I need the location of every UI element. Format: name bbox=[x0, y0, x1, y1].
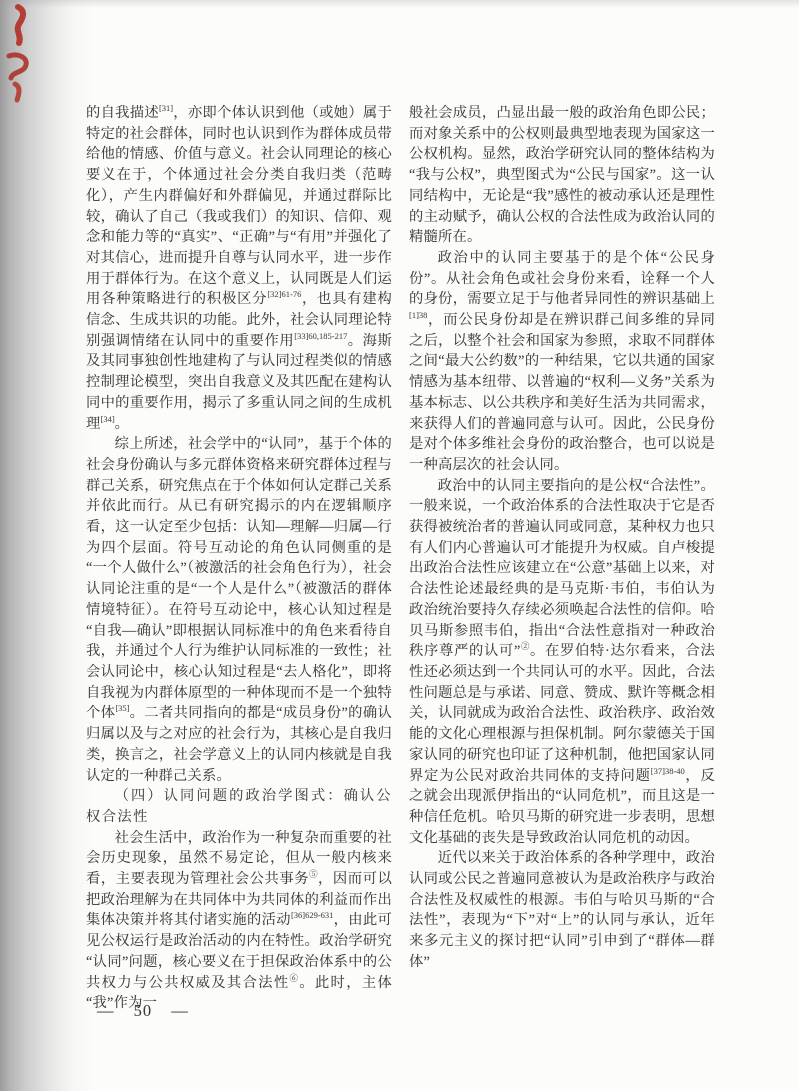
citation-superscript: [33]60,185-217 bbox=[294, 331, 347, 341]
paragraph: 的自我描述[31]，亦即个体认识到他（或她）属于特定的社会群体，同时也认识到作为… bbox=[86, 103, 392, 434]
paragraph: 般社会成员，凸显出最一般的政治角色即公民；而对象关系中的公权则最典型地表现为国家… bbox=[409, 103, 715, 248]
citation-superscript: [36]629-631 bbox=[291, 911, 334, 921]
page-number: — 50 — bbox=[97, 1001, 189, 1021]
scan-top-shadow bbox=[0, 0, 799, 8]
paragraph: 近代以来关于政治体系的各种学理中，政治认同或公民之普遍同意被认为是政治秩序与政治… bbox=[409, 848, 715, 972]
citation-superscript: [35] bbox=[115, 704, 129, 714]
citation-superscript: [1]38 bbox=[409, 310, 427, 320]
citation-superscript: [31] bbox=[159, 103, 173, 113]
scanned-page: 的自我描述[31]，亦即个体认识到他（或她）属于特定的社会群体，同时也认识到作为… bbox=[0, 0, 799, 1091]
right-column: 般社会成员，凸显出最一般的政治角色即公民；而对象关系中的公权则最典型地表现为国家… bbox=[409, 103, 715, 1014]
section-heading: （四）认同问题的政治学图式：确认公权合法性 bbox=[86, 786, 392, 827]
citation-superscript: [37]38-40 bbox=[651, 766, 685, 776]
red-ink-marks bbox=[4, 4, 44, 109]
citation-superscript: ⑥ bbox=[290, 973, 300, 983]
left-column: 的自我描述[31]，亦即个体认识到他（或她）属于特定的社会群体，同时也认识到作为… bbox=[86, 103, 392, 1014]
paragraph: 综上所述，社会学中的“认同”，基于个体的社会身份确认与多元群体资格来研究群体过程… bbox=[86, 434, 392, 786]
citation-superscript: ⑤ bbox=[309, 869, 318, 879]
citation-superscript: [34] bbox=[101, 414, 115, 424]
citation-superscript: ② bbox=[521, 642, 531, 652]
text-body: 的自我描述[31]，亦即个体认识到他（或她）属于特定的社会群体，同时也认识到作为… bbox=[86, 103, 715, 1014]
paragraph: 政治中的认同主要基于的是个体“公民身份”。从社会角色或社会身份来看，诠释一个人的… bbox=[409, 248, 715, 476]
scan-edge-shadow bbox=[0, 0, 95, 1091]
paragraph: 政治中的认同主要指向的是公权“合法性”。一般来说，一个政治体系的合法性取决于它是… bbox=[409, 476, 715, 849]
citation-superscript: [32]61-76 bbox=[267, 290, 301, 300]
paragraph: 社会生活中，政治作为一种复杂而重要的社会历史现象，虽然不易定论，但从一般内核来看… bbox=[86, 828, 392, 1014]
